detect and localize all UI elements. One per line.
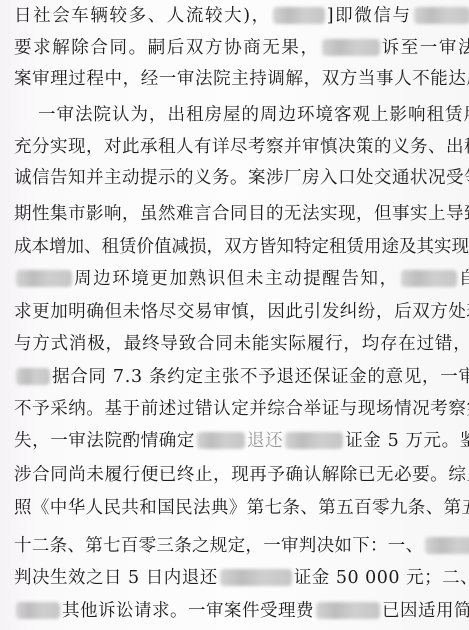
text-line: 诚信告知并主动提示的义务。案涉厂房入口处交通状况受邻近周	[14, 167, 424, 189]
text-line: 不予采纳。基于前述过错认定并综合举证与现场情况考察实际损	[14, 398, 424, 420]
text-line: 周边环境更加熟识但未主动提醒告知，自身需	[14, 268, 424, 290]
redacted-block	[220, 569, 292, 586]
text-line: 据合同 7.3 条约定主张不予退还保证金的意见，一审法院	[14, 366, 424, 388]
text-segment: 失，一审法院酌情确定	[14, 431, 195, 451]
text-line: 判决生效之日 5 日内退还证金 50 000 元；二、驳回	[14, 567, 424, 589]
text-segment: 照《中华人民共和国民法典》第七条、第五百零九条、第五百九	[14, 498, 469, 518]
text-segment: 周边环境更加熟识但未主动提醒告知，	[74, 269, 399, 289]
text-segment: 诉至一审法院。本	[382, 38, 469, 58]
redacted-block	[16, 270, 72, 287]
redacted-block	[316, 602, 380, 619]
text-line: 照《中华人民共和国民法典》第七条、第五百零九条、第五百九	[14, 497, 424, 519]
redacted-block	[16, 368, 50, 385]
text-segment: 已因适用简易	[382, 601, 469, 621]
document-page: 日社会车辆较多、人流较大)，]即微信与]通并 要求解除合同。嗣后双方协商无果，诉…	[0, 0, 469, 630]
text-line: 期性集市影响，虽然难言合同目的无法实现，但事实上导致营运	[14, 203, 424, 225]
text-segment: 充分实现，对此承租人有详尽考察并审慎决策的义务、出租人有	[14, 137, 469, 157]
text-segment: 据合同 7.3 条约定主张不予退还保证金的意见，一审法院	[52, 367, 469, 387]
text-line: 失，一审法院酌情确定退还证金 5 万元。鉴于案	[14, 430, 424, 452]
text-segment: 一审法院认为，出租房屋的周边环境客观上影响租赁用途的	[38, 105, 469, 125]
text-segment: 诚信告知并主动提示的义务。案涉厂房入口处交通状况受邻近周	[14, 168, 469, 188]
redacted-block	[401, 270, 457, 287]
text-segment: 涉合同尚未履行便已终止，现再予确认解除已无必要。综上，依	[14, 465, 469, 485]
text-segment: 十二条、第七百零三条之规定，一审判决如下：一、	[14, 536, 423, 556]
text-line: 案审理过程中，经一审法院主持调解，双方当事人不能达成协议。	[14, 68, 424, 90]
text-segment: 其他诉讼请求。一审案件受理费	[62, 601, 314, 621]
text-segment: ]即微信与	[327, 6, 412, 26]
text-line: 十二条、第七百零三条之规定，一审判决如下：一、于	[14, 535, 424, 557]
text-segment: 不予采纳。基于前述过错认定并综合举证与现场情况考察实际损	[14, 399, 469, 419]
redacted-block	[197, 432, 245, 449]
text-segment: 期性集市影响，虽然难言合同目的无法实现，但事实上导致营运	[14, 204, 469, 224]
redacted-block	[16, 602, 60, 619]
redacted-block	[322, 39, 380, 56]
text-segment: 求更加明确但未恪尽交易审慎，因此引发纠纷，后双方处理态度	[14, 302, 469, 322]
text-line: 日社会车辆较多、人流较大)，]即微信与]通并	[14, 5, 424, 27]
redacted-block	[285, 432, 343, 449]
text-segment: 案审理过程中，经一审法院主持调解，双方当事人不能达成协议。	[14, 69, 469, 89]
text-segment: 证金 5 万元。鉴于案	[345, 431, 469, 451]
text-line: 与方式消极，最终导致合同未能实际履行，均存在过错，故对	[14, 333, 424, 355]
text-line: 涉合同尚未履行便已终止，现再予确认解除已无必要。综上，依	[14, 464, 424, 486]
text-segment: 与方式消极，最终导致合同未能实际履行，均存在过错，故对	[14, 334, 469, 354]
text-line: 一审法院认为，出租房屋的周边环境客观上影响租赁用途的	[38, 104, 448, 126]
text-segment: 证金 50 000 元；二、驳回	[294, 568, 469, 588]
text-line: 成本增加、租赁价值减损，双方皆知特定租赁用途及其实现方式，	[14, 236, 424, 258]
redacted-block	[414, 7, 469, 24]
text-segment: 判决生效之日 5 日内退还	[14, 568, 218, 588]
text-segment: 日社会车辆较多、人流较大)，	[14, 6, 271, 26]
text-segment: 要求解除合同。嗣后双方协商无果，	[14, 38, 320, 58]
text-line: 其他诉讼请求。一审案件受理费已因适用简易	[14, 600, 424, 622]
text-line: 充分实现，对此承租人有详尽考察并审慎决策的义务、出租人有	[14, 136, 424, 158]
text-line: 求更加明确但未恪尽交易审慎，因此引发纠纷，后双方处理态度	[14, 301, 424, 323]
text-segment: 成本增加、租赁价值减损，双方皆知特定租赁用途及其实现方式，	[14, 237, 469, 257]
text-line: 要求解除合同。嗣后双方协商无果，诉至一审法院。本	[14, 37, 424, 59]
redacted-block	[425, 537, 469, 554]
text-segment: 自身需	[459, 269, 469, 289]
text-segment: 退还	[247, 431, 283, 451]
redacted-block	[273, 7, 325, 24]
